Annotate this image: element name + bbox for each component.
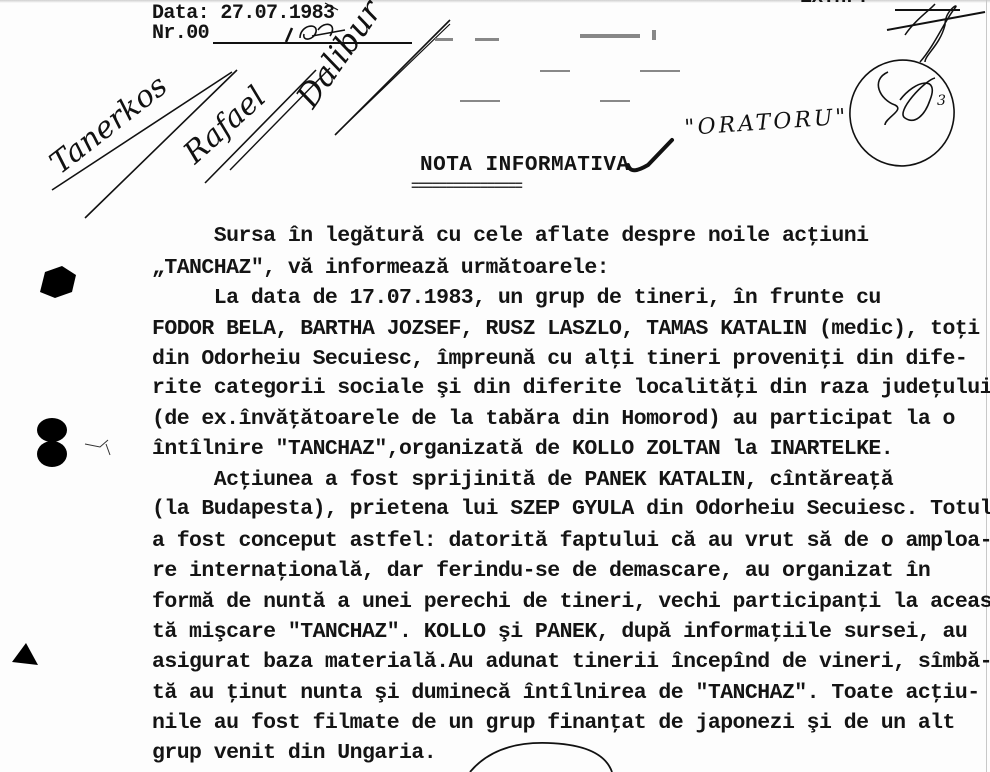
checkmark-icon xyxy=(628,140,672,170)
document-number-label: Nr.00 xyxy=(152,24,209,44)
body-line: nile au fost filmate de un grup finanţat… xyxy=(152,713,955,735)
body-line: Acţiunea a fost sprijinită de PANEK KATA… xyxy=(152,470,893,492)
body-line: (de ex.învăţătoarele de la tabăra din Ho… xyxy=(152,409,955,431)
copy-number-label: Ex.nr. xyxy=(800,0,868,8)
circled-number-28: 3 xyxy=(836,47,968,180)
body-line: întîlnire "TANCHAZ",organizată de KOLLO … xyxy=(152,439,893,461)
body-line: tă mişcare "TANCHAZ". KOLLO şi PANEK, du… xyxy=(152,622,967,644)
body-line: (la Budapesta), prietena lui SZEP GYULA … xyxy=(152,499,990,521)
codename-handwritten: "ORATORU" xyxy=(684,105,850,141)
document-date: Data: 27.07.1983 xyxy=(152,4,334,24)
handwritten-signatures: Tanerkos Rafael Dalibur xyxy=(43,0,450,218)
title-underline: ================ xyxy=(411,180,521,194)
circle-annotation-bottom xyxy=(470,743,612,772)
document-page: Data: 27.07.1983 Nr.00 Ex.nr. NOTA INFOR… xyxy=(0,0,990,772)
svg-text:3: 3 xyxy=(937,93,946,109)
punch-marks xyxy=(12,266,76,665)
body-line: tă au ţinut nunta şi duminecă întîlnirea… xyxy=(152,683,980,705)
body-line: Sursa în legătură cu cele aflate despre … xyxy=(152,226,868,248)
body-line: a fost conceput astfel: datorită faptulu… xyxy=(152,531,990,553)
copy-number-handwritten xyxy=(887,4,985,62)
body-line: formă de nuntă a unei perechi de tineri,… xyxy=(152,592,990,614)
body-line: din Odorheiu Secuiesc, împreună cu alţi … xyxy=(152,349,967,371)
body-line: FODOR BELA, BARTHA JOZSEF, RUSZ LASZLO, … xyxy=(152,319,980,341)
body-line: La data de 17.07.1983, un grup de tineri… xyxy=(152,288,881,310)
body-line: rite categorii sociale şi din diferite l… xyxy=(152,378,990,400)
document-title: NOTA INFORMATIVA xyxy=(420,155,630,176)
body-line: „TANCHAZ", vă informează următoarele: xyxy=(152,258,609,280)
ink-speck xyxy=(85,440,110,455)
signature-1: Tanerkos xyxy=(43,68,174,181)
body-line: re internaţională, dar ferindu-se de dem… xyxy=(152,561,930,583)
faded-stamp xyxy=(435,30,680,102)
body-line: grup venit din Ungaria. xyxy=(152,743,436,765)
signature-2: Rafael xyxy=(176,80,273,172)
body-line: asigurat baza materială.Au adunat tineri… xyxy=(152,652,990,674)
